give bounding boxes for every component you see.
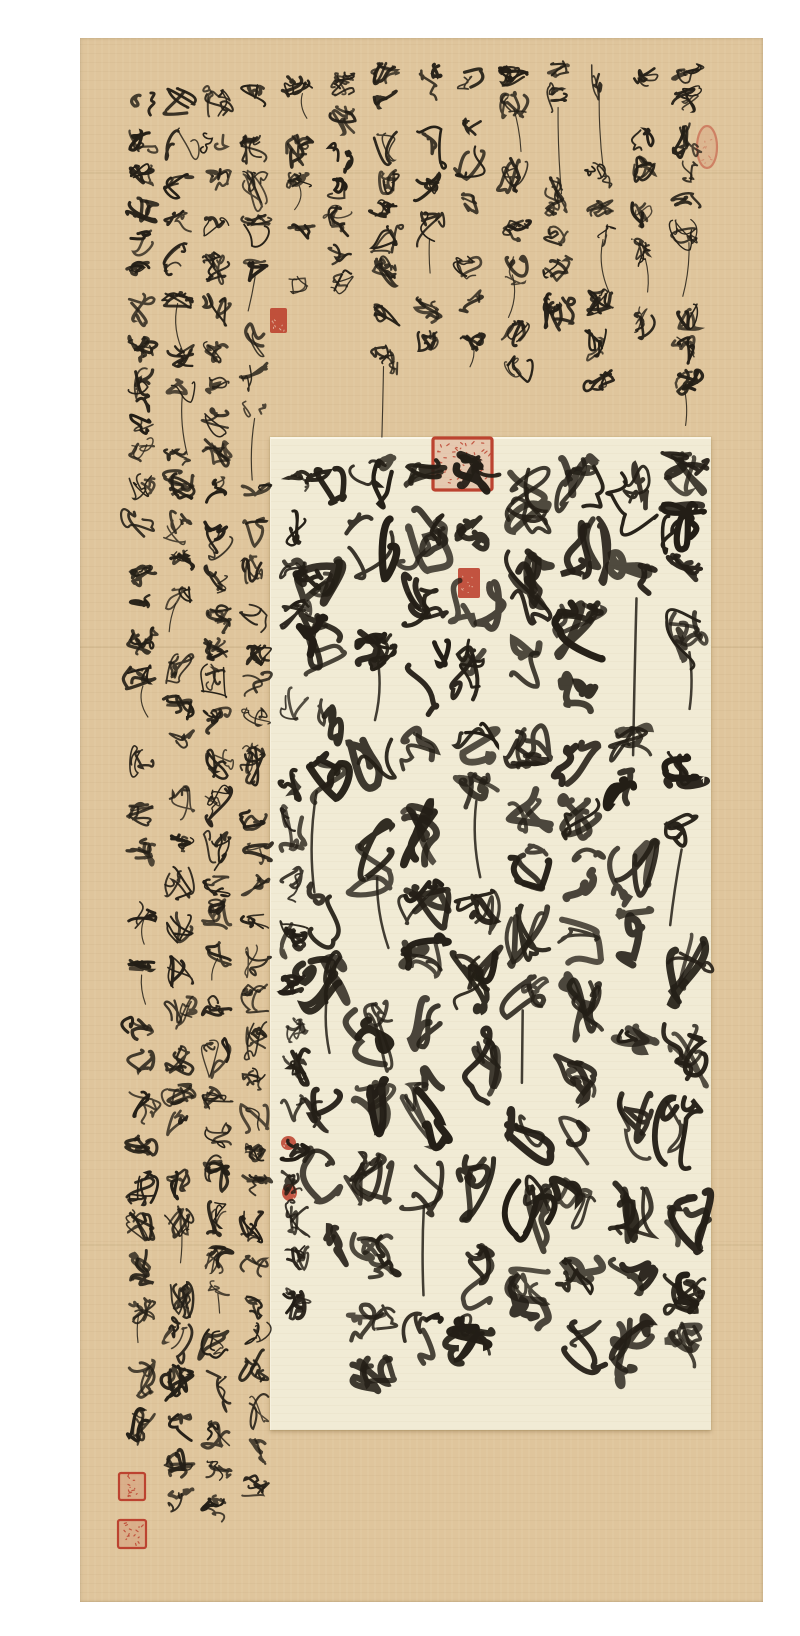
paper-crease [80, 172, 763, 174]
artwork-photo [0, 0, 800, 1636]
inset-panel-paper [270, 437, 711, 1430]
